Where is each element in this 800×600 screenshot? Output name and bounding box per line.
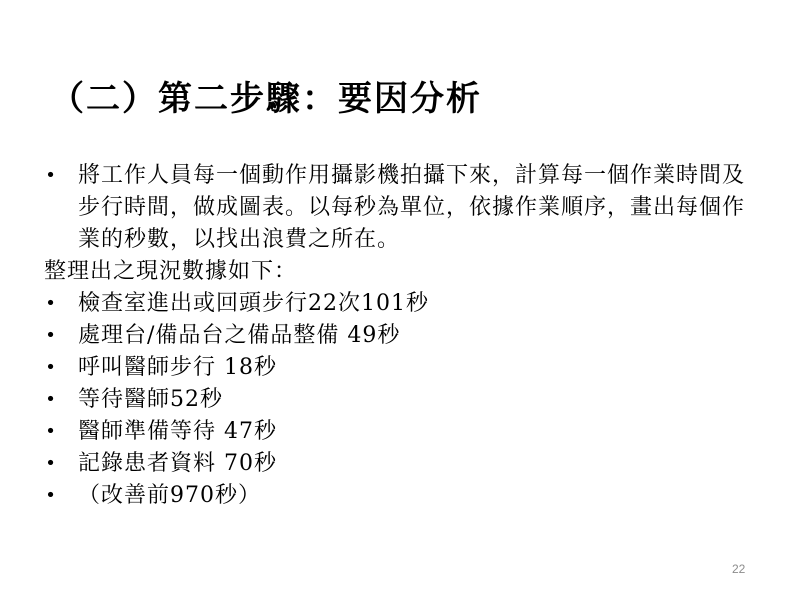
list-item: • 處理台/備品台之備品整備 49秒 [44, 320, 764, 352]
list-item: • 記錄患者資料 70秒 [44, 448, 764, 480]
page-number: 22 [732, 562, 745, 576]
list-item-label: 等待醫師52秒 [78, 387, 223, 412]
slide: （二）第二步驟：要因分析 • 將工作人員每一個動作用攝影機拍攝下來，計算每一個作… [0, 0, 800, 600]
list-item: • 呼叫醫師步行 18秒 [44, 352, 764, 384]
intro-text: 將工作人員每一個動作用攝影機拍攝下來，計算每一個作業時間及步行時間，做成圖表。以… [78, 163, 745, 252]
list-item: • 檢查室進出或回頭步行22次101秒 [44, 288, 764, 320]
list-item-label: 處理台/備品台之備品整備 49秒 [78, 323, 400, 348]
list-item-label: 檢查室進出或回頭步行22次101秒 [78, 291, 429, 316]
list-item-label: 醫師準備等待 47秒 [78, 419, 277, 444]
summary-label: 整理出之現況數據如下： [44, 256, 764, 288]
bullet-icon: • [44, 480, 58, 512]
list-item-label: （改善前970秒） [78, 483, 261, 508]
bullet-icon: • [44, 352, 58, 384]
list-item: • 醫師準備等待 47秒 [44, 416, 764, 448]
slide-title: （二）第二步驟：要因分析 [50, 74, 482, 124]
bullet-icon: • [44, 384, 58, 416]
list-item-label: 記錄患者資料 70秒 [78, 451, 277, 476]
bullet-icon: • [44, 288, 58, 320]
bullet-icon: • [44, 320, 58, 352]
bullet-icon: • [44, 416, 58, 448]
slide-body: • 將工作人員每一個動作用攝影機拍攝下來，計算每一個作業時間及步行時間，做成圖表… [44, 160, 764, 512]
list-item: • （改善前970秒） [44, 480, 764, 512]
bullet-icon: • [44, 160, 58, 192]
intro-bullet: • 將工作人員每一個動作用攝影機拍攝下來，計算每一個作業時間及步行時間，做成圖表… [44, 160, 764, 256]
list-item-label: 呼叫醫師步行 18秒 [78, 355, 277, 380]
list-item: • 等待醫師52秒 [44, 384, 764, 416]
bullet-icon: • [44, 448, 58, 480]
